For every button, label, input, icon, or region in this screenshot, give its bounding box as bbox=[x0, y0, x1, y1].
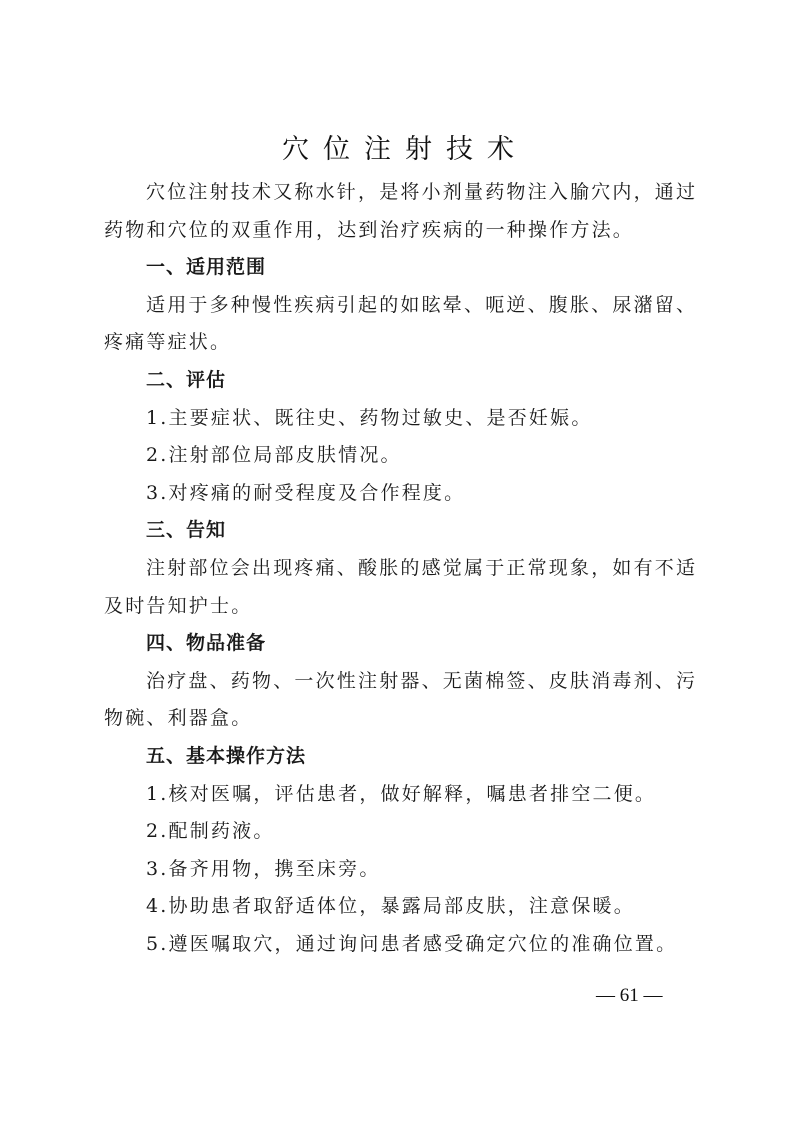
list-item: 2.注射部位局部皮肤情况。 bbox=[104, 437, 692, 475]
list-item: 5.遵医嘱取穴，通过询问患者感受确定穴位的准确位置。 bbox=[104, 926, 692, 964]
section-assessment: 二、评估 1.主要症状、既往史、药物过敏史、是否妊娠。 2.注射部位局部皮肤情况… bbox=[104, 362, 692, 512]
list-item: 1.核对医嘱，评估患者，做好解释，嘱患者排空二便。 bbox=[104, 776, 692, 814]
list-item: 2.配制药液。 bbox=[104, 813, 692, 851]
section-heading: 三、告知 bbox=[104, 512, 692, 550]
section-notification: 三、告知 注射部位会出现疼痛、酸胀的感觉属于正常现象，如有不适 及时告知护士。 bbox=[104, 512, 692, 625]
section-supplies: 四、物品准备 治疗盘、药物、一次性注射器、无菌棉签、皮肤消毒剂、污 物碗、利器盒… bbox=[104, 625, 692, 738]
intro-line-2: 药物和穴位的双重作用，达到治疗疾病的一种操作方法。 bbox=[104, 212, 692, 250]
intro-line-1: 穴位注射技术又称水针，是将小剂量药物注入腧穴内，通过 bbox=[104, 174, 692, 212]
section-heading: 一、适用范围 bbox=[104, 249, 692, 287]
list-item: 1.主要症状、既往史、药物过敏史、是否妊娠。 bbox=[104, 400, 692, 438]
body-line: 治疗盘、药物、一次性注射器、无菌棉签、皮肤消毒剂、污 bbox=[104, 663, 692, 701]
page-number: — 61 — bbox=[596, 985, 663, 1007]
section-heading: 二、评估 bbox=[104, 362, 692, 400]
document-page: 穴位注射技术 穴位注射技术又称水针，是将小剂量药物注入腧穴内，通过 药物和穴位的… bbox=[104, 130, 692, 963]
list-item: 3.对疼痛的耐受程度及合作程度。 bbox=[104, 475, 692, 513]
list-item: 4.协助患者取舒适体位，暴露局部皮肤，注意保暖。 bbox=[104, 888, 692, 926]
body-line: 及时告知护士。 bbox=[104, 588, 692, 626]
list-item: 3.备齐用物，携至床旁。 bbox=[104, 851, 692, 889]
body-line: 适用于多种慢性疾病引起的如眩晕、呃逆、腹胀、尿潴留、 bbox=[104, 287, 692, 325]
section-applicable-scope: 一、适用范围 适用于多种慢性疾病引起的如眩晕、呃逆、腹胀、尿潴留、 疼痛等症状。 bbox=[104, 249, 692, 362]
body-line: 疼痛等症状。 bbox=[104, 324, 692, 362]
document-title: 穴位注射技术 bbox=[104, 130, 692, 174]
section-procedure: 五、基本操作方法 1.核对医嘱，评估患者，做好解释，嘱患者排空二便。 2.配制药… bbox=[104, 738, 692, 964]
body-line: 物碗、利器盒。 bbox=[104, 700, 692, 738]
section-heading: 四、物品准备 bbox=[104, 625, 692, 663]
body-line: 注射部位会出现疼痛、酸胀的感觉属于正常现象，如有不适 bbox=[104, 550, 692, 588]
section-heading: 五、基本操作方法 bbox=[104, 738, 692, 776]
